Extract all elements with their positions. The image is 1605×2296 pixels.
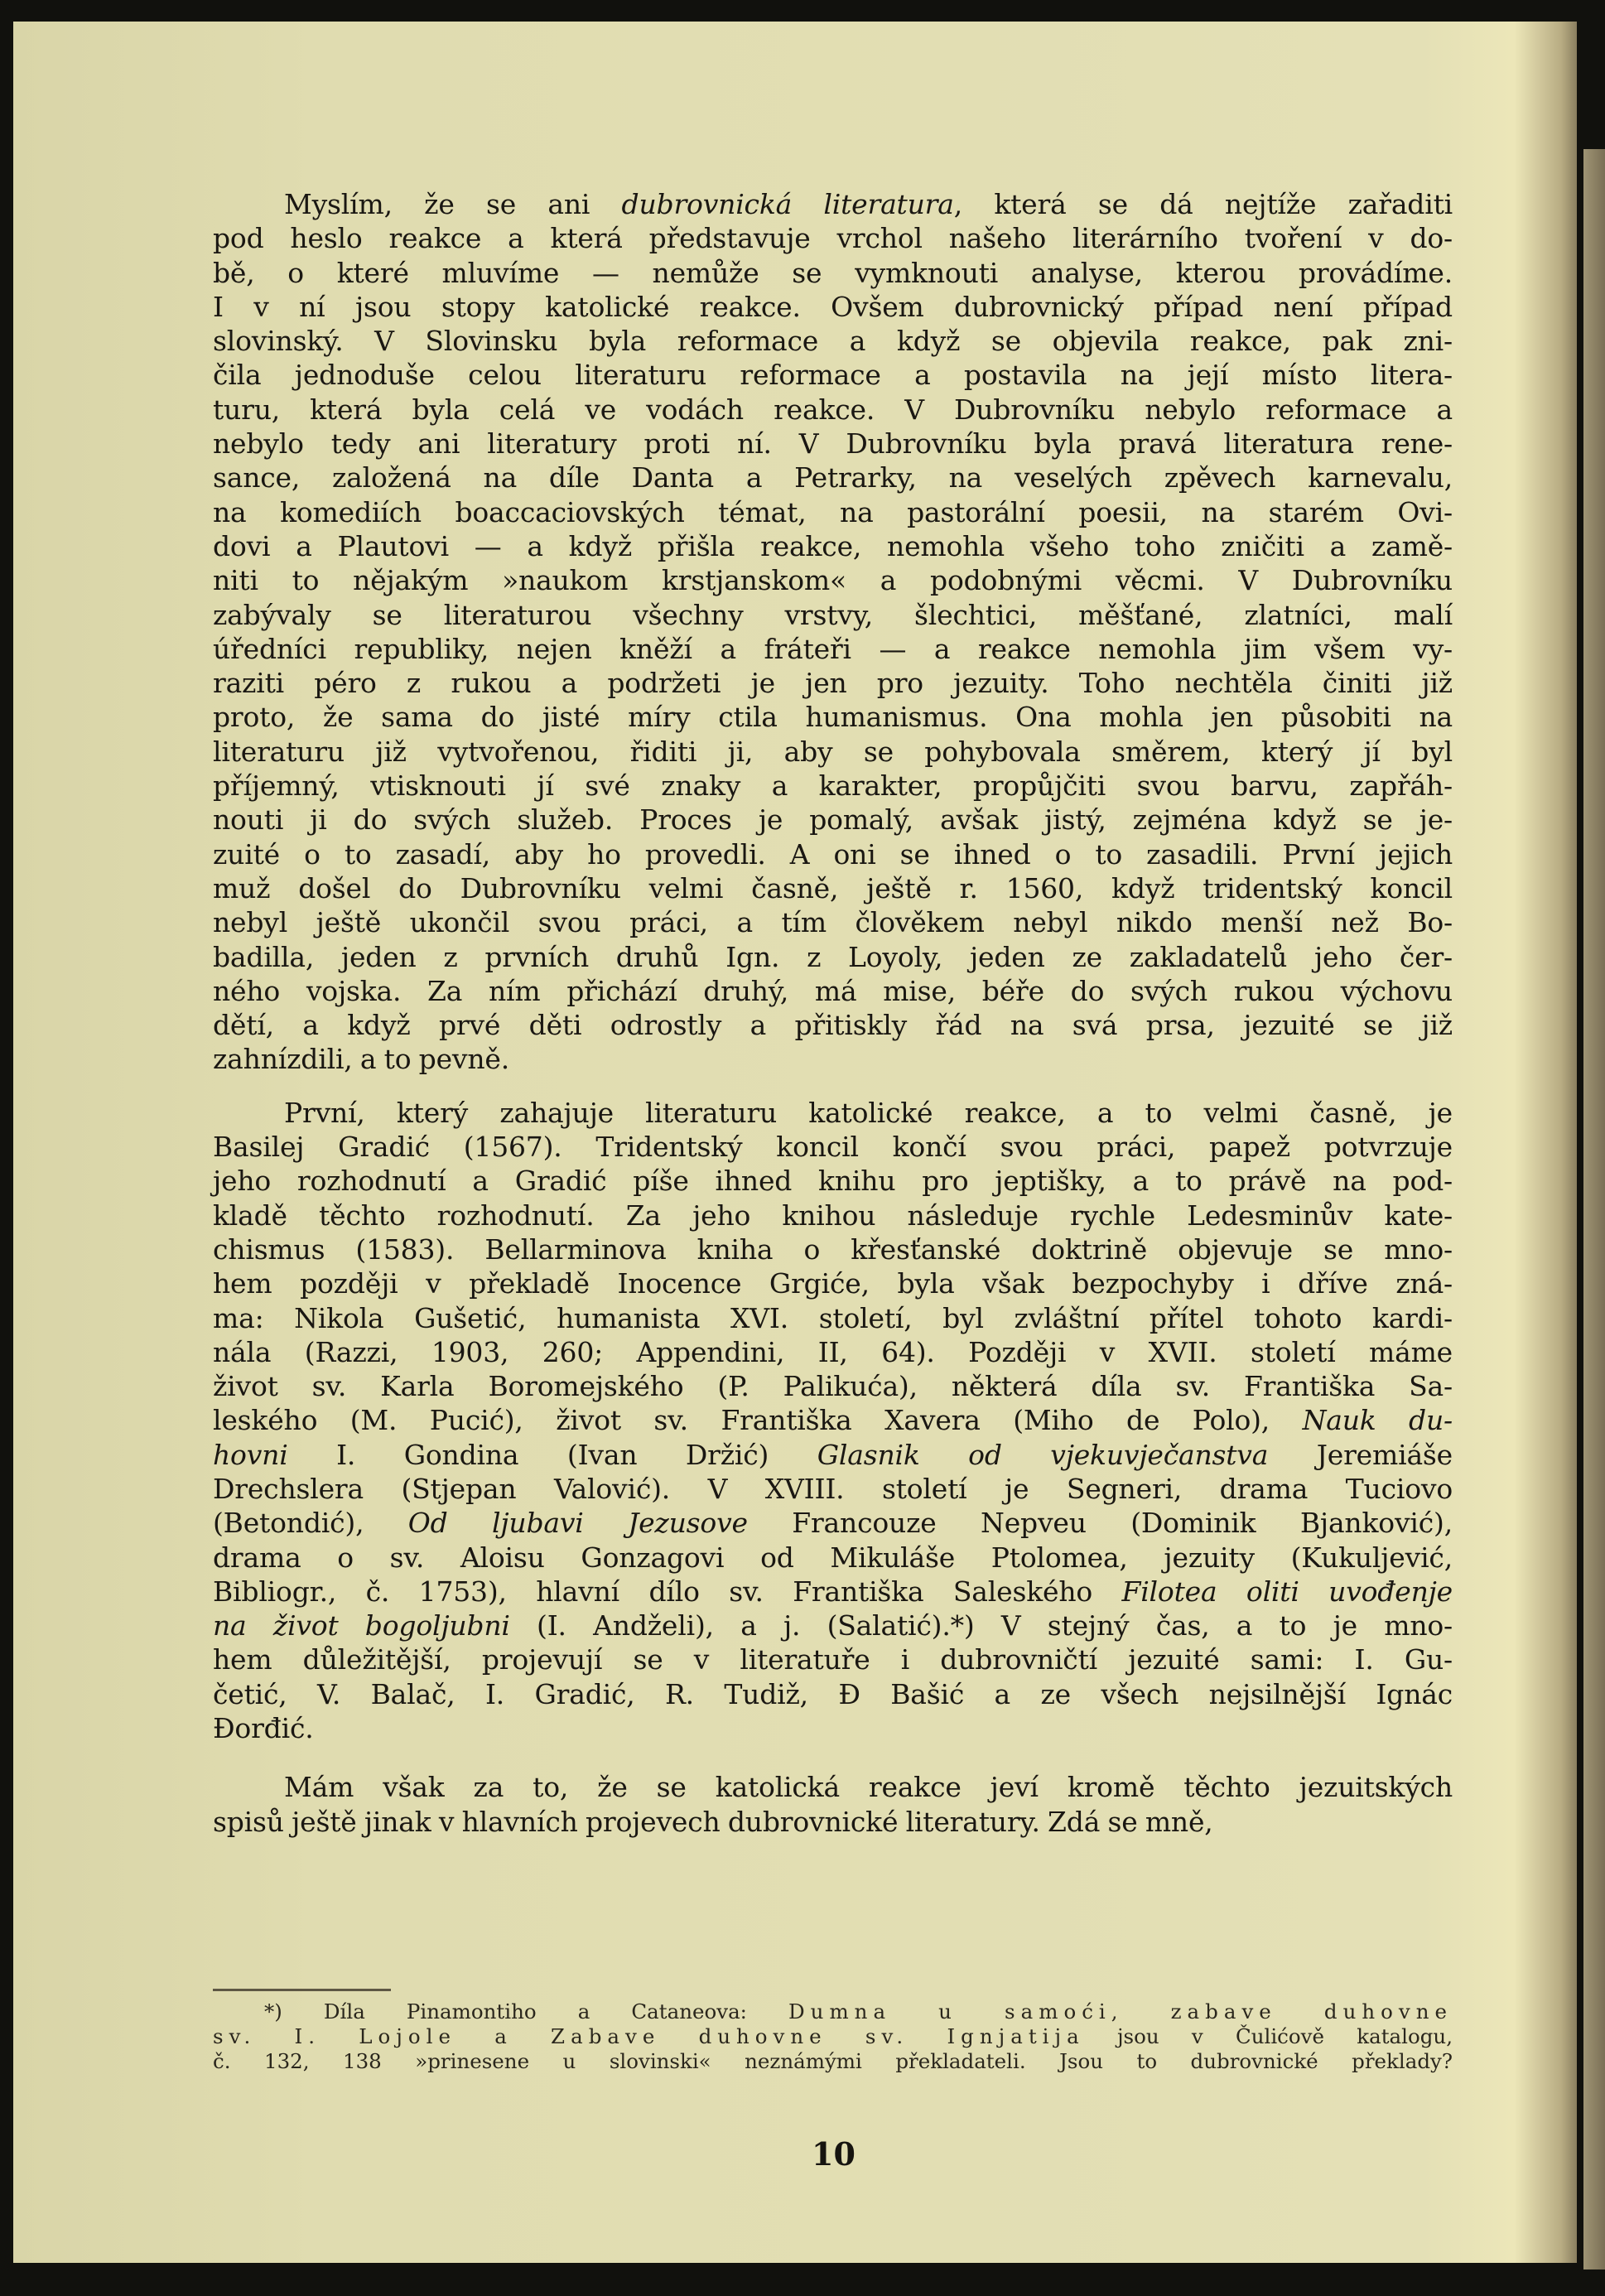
text-line: Drechslera (Stjepan Valović). V XVIII. s… [213, 1472, 1453, 1506]
text-line: četić, V. Balač, I. Gradić, R. Tudiž, Đ … [213, 1677, 1453, 1711]
text-line: proto, že sama do jisté míry ctila human… [213, 700, 1453, 734]
italic-title: Od ljubavi Jezusove [408, 1507, 748, 1539]
text-line: drama o sv. Aloisu Gonzagovi od Mikuláše… [213, 1541, 1453, 1575]
text-line: niti to nějakým »naukom krstjanskom« a p… [213, 563, 1453, 597]
footnote-line: č. 132, 138 »prinesene u slovinski« nezn… [213, 2049, 1453, 2074]
text-line: dovi a Plautovi — a když přišla reakce, … [213, 529, 1453, 563]
text-line: nebylo tedy ani literatury proti ní. V D… [213, 427, 1453, 461]
page-edge-shadow [1580, 15, 1605, 162]
italic-title: Glasnik od vjekuvječanstva [817, 1439, 1269, 1471]
paragraph-3: Mám však za to, že se katolická reakce j… [213, 1770, 1453, 1839]
text-line: zahnízdili, a to pevně. [213, 1042, 1453, 1076]
text-line: nebyl ještě ukončil svou práci, a tím čl… [213, 905, 1453, 939]
text-line: hovni I. Gondina (Ivan Držić) Glasnik od… [213, 1438, 1453, 1472]
footnote-separator [213, 1989, 391, 1991]
text-line: jeho rozhodnutí a Gradić píše ihned knih… [213, 1164, 1453, 1198]
text-line: (Betondić), Od ljubavi Jezusove Francouz… [213, 1506, 1453, 1540]
text-line: slovinský. V Slovinsku byla reformace a … [213, 324, 1453, 358]
footnote: *) Díla Pinamontiho a Cataneova: Dumna u… [213, 1999, 1453, 2074]
text-line: kladě těchto rozhodnutí. Za jeho knihou … [213, 1199, 1453, 1232]
italic-title: Nauk du- [1303, 1404, 1453, 1436]
footnote-line: *) Díla Pinamontiho a Cataneova: Dumna u… [213, 1999, 1453, 2024]
text-line: spisů ještě jinak v hlavních projevech d… [213, 1805, 1453, 1839]
text-line: nála (Razzi, 1903, 260; Appendini, II, 6… [213, 1335, 1453, 1369]
text-line: raziti péro z rukou a podržeti je jen pr… [213, 666, 1453, 700]
text-line: I v ní jsou stopy katolické reakce. Ovše… [213, 290, 1453, 324]
text-line: úředníci republiky, nejen kněží a fráteř… [213, 632, 1453, 666]
text-line: příjemný, vtisknouti jí své znaky a kara… [213, 769, 1453, 803]
text-line: život sv. Karla Boromejského (P. Palikuć… [213, 1369, 1453, 1403]
text-line: chismus (1583). Bellarminova kniha o kře… [213, 1232, 1453, 1266]
italic-title: na život bogoljubni [213, 1609, 510, 1642]
text-line: čila jednoduše celou literaturu reformac… [213, 358, 1453, 392]
italic-title: hovni [213, 1439, 288, 1471]
text-line: na život bogoljubni (I. Andželi), a j. (… [213, 1609, 1453, 1642]
text-line: První, který zahajuje literaturu katolic… [213, 1096, 1453, 1130]
text-line: zabývaly se literaturou všechny vrstvy, … [213, 598, 1453, 632]
text-line: dětí, a když prvé děti odrostly a přitis… [213, 1008, 1453, 1042]
spaced-title: Dumna u samoći, zabave duhovne [788, 1999, 1453, 2023]
spaced-title: sv. I. Lojole a Zabave duhovne sv. Ignja… [213, 2024, 1085, 2048]
italic-title: dubrovnická literatura [622, 188, 954, 220]
text-line: muž došel do Dubrovníku velmi časně, ješ… [213, 871, 1453, 905]
text-line: badilla, jeden z prvních druhů Ign. z Lo… [213, 940, 1453, 974]
footnote-line: sv. I. Lojole a Zabave duhovne sv. Ignja… [213, 2024, 1453, 2049]
text-line: zuité o to zasadí, aby ho provedli. A on… [213, 837, 1453, 871]
text-line: Bibliogr., č. 1753), hlavní dílo sv. Fra… [213, 1575, 1453, 1609]
text-line: pod heslo reakce a která představuje vrc… [213, 221, 1453, 255]
book-spine-edge [1583, 149, 1605, 2269]
paragraph-1: Myslím, že se ani dubrovnická literatura… [213, 187, 1453, 1077]
body-text: Myslím, že se ani dubrovnická literatura… [213, 187, 1453, 1839]
page-number: 10 [812, 2135, 856, 2173]
text-line: Mám však za to, že se katolická reakce j… [213, 1770, 1453, 1804]
text-line: nouti ji do svých služeb. Proces je poma… [213, 803, 1453, 837]
text-line: turu, která byla celá ve vodách reakce. … [213, 393, 1453, 427]
text-line: Basilej Gradić (1567). Tridentský koncil… [213, 1130, 1453, 1164]
text-line: literaturu již vytvořenou, řiditi ji, ab… [213, 735, 1453, 769]
text-line: hem důležitější, projevují se v literatu… [213, 1642, 1453, 1676]
text-line: sance, založená na díle Danta a Petrarky… [213, 461, 1453, 494]
text-line: ma: Nikola Gušetić, humanista XVI. stole… [213, 1301, 1453, 1335]
text-line: Myslím, že se ani dubrovnická literatura… [213, 187, 1453, 221]
text-line: bě, o které mluvíme — nemůže se vymknout… [213, 256, 1453, 290]
italic-title: Filotea oliti uvođenje [1122, 1575, 1453, 1608]
text-line: hem později v překladě Inocence Grgiće, … [213, 1266, 1453, 1300]
text-line: leského (M. Pucić), život sv. Františka … [213, 1403, 1453, 1437]
paragraph-2: První, který zahajuje literaturu katolic… [213, 1096, 1453, 1746]
text-line: na komediích boaccaciovských témat, na p… [213, 495, 1453, 529]
text-line: Đorđić. [213, 1711, 1453, 1745]
text-line: ného vojska. Za ním přichází druhý, má m… [213, 974, 1453, 1008]
